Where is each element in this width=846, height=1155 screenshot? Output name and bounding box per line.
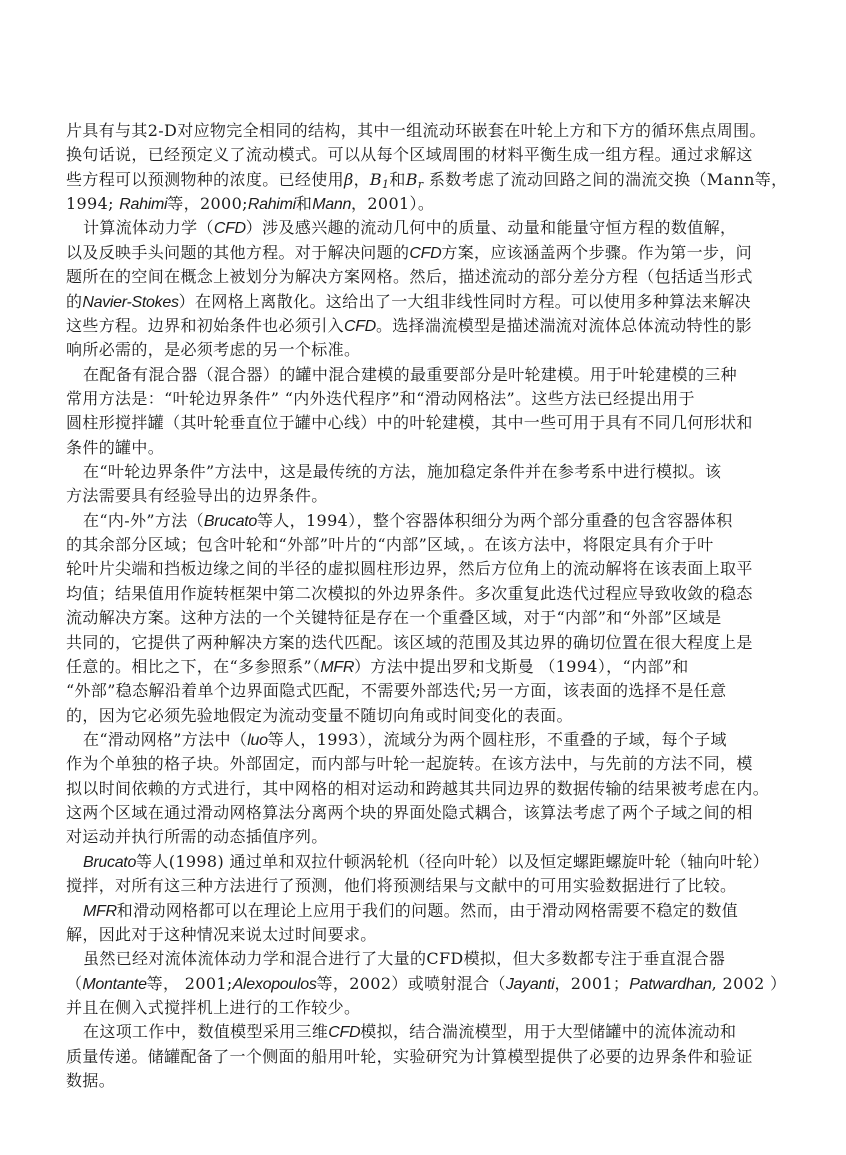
text-line: 在配备有混合器（混合器）的罐中混合建模的最重要部分是叶轮建模。用于叶轮建模的三种 (66, 363, 826, 387)
text-run: 在“滑动网格”方法中（ (83, 730, 247, 749)
italic-term: CFD (214, 220, 246, 237)
text-line: 这两个区域在通过滑动网格算法分离两个块的界面处隐式耦合，该算法考虑了两个子域之间… (66, 801, 826, 825)
text-run: 均值；结果值用作旋转框架中第二次模拟的外边界条件。多次重复此迭代过程应导致收敛的… (66, 584, 753, 603)
text-run: 共同的，它提供了两种解决方案的迭代匹配。该区域的范围及其边界的确切位置在很大程度… (66, 633, 753, 652)
text-run: 条件的罐中。 (66, 438, 164, 457)
document-body: 片具有与其2-D对应物完全相同的结构，其中一组流动环嵌套在叶轮上方和下方的循环焦… (66, 119, 826, 1093)
text-line: 条件的罐中。 (66, 436, 826, 460)
text-run: 方案，应该涵盖两个步骤。作为第一步，问 (441, 243, 752, 262)
text-run: ， (354, 170, 370, 189)
text-line: 些方程可以预测物种的浓度。已经使用β，B1和Br 系数考虑了流动回路之间的湍流交… (66, 168, 826, 192)
text-run: 等人(1998) 通过单和双拉什顿涡轮机（径向叶轮）以及恒定螺距螺旋叶轮（轴向叶… (136, 852, 769, 871)
text-run: ，2001）。 (351, 194, 434, 213)
text-line: 常用方法是：“叶轮边界条件” “内外迭代程序”和“滑动网格法”。这些方法已经提出… (66, 387, 826, 411)
italic-term: Patwardhan (629, 976, 711, 993)
text-line: 响所必需的，是必须考虑的另一个标准。 (66, 338, 826, 362)
paragraph-p9: 虽然已经对流体流体动力学和混合进行了大量的CFD模拟，但大多数都专注于垂直混合器… (66, 947, 826, 1020)
italic-term: CFD (409, 245, 441, 262)
text-run: 1994; (66, 194, 119, 213)
text-line: 计算流体动力学（CFD）涉及感兴趣的流动几何中的质量、动量和能量守恒方程的数值解… (66, 216, 826, 240)
text-run: 和滑动网格都可以在理论上应用于我们的问题。然而，由于滑动网格需要不稳定的数值 (117, 901, 738, 920)
text-line: 1994; Rahimi等，2000;Rahimi和Mann，2001）。 (66, 192, 826, 216)
text-line: 在“内-外”方法（Brucato等人，1994），整个容器体积细分为两个部分重叠… (66, 509, 826, 533)
paragraph-p5: 在“内-外”方法（Brucato等人，1994），整个容器体积细分为两个部分重叠… (66, 509, 826, 728)
text-run: “外部”稳态解沿着单个边界面隐式匹配，不需要外部迭代;另一方面，该表面的选择不是… (66, 681, 726, 700)
italic-term: CFD (344, 318, 376, 335)
text-line: 的其余部分区域；包含叶轮和“外部”叶片的“内部”区域，。在该方法中，将限定具有介… (66, 533, 826, 557)
paragraph-p6: 在“滑动网格”方法中（luo等人，1993），流域分为两个圆柱形，不重叠的子域，… (66, 728, 826, 850)
text-run: 常用方法是：“叶轮边界条件” “内外迭代程序”和“滑动网格法”。这些方法已经提出… (66, 389, 695, 408)
text-line: 圆柱形搅拌罐（其叶轮垂直位于罐中心线）中的叶轮建模，其中一些可用于具有不同几何形… (66, 411, 826, 435)
text-run: 响所必需的，是必须考虑的另一个标准。 (66, 340, 360, 359)
text-run: 等人，1993），流域分为两个圆柱形，不重叠的子域，每个子域 (268, 730, 727, 749)
text-line: 的，因为它必须先验地假定为流动变量不随切向角或时间变化的表面。 (66, 704, 826, 728)
text-run: 在配备有混合器（混合器）的罐中混合建模的最重要部分是叶轮建模。用于叶轮建模的三种 (83, 365, 737, 384)
math-symbol: B (406, 170, 418, 189)
text-run: 在“叶轮边界条件”方法中，这是最传统的方法，施加稳定条件并在参考系中进行模拟。该 (83, 462, 721, 481)
text-line: 以及反映手头问题的其他方程。对于解决问题的CFD方案，应该涵盖两个步骤。作为第一… (66, 241, 826, 265)
text-run: 模拟，结合湍流模型，用于大型储罐中的流体流动和 (360, 1022, 736, 1041)
text-run: 方法需要具有经验导出的边界条件。 (66, 486, 328, 505)
italic-term: Jayanti (506, 976, 555, 993)
text-line: 共同的，它提供了两种解决方案的迭代匹配。该区域的范围及其边界的确切位置在很大程度… (66, 631, 826, 655)
italic-term: Montante (82, 976, 146, 993)
italic-term: Rahimi (248, 196, 296, 213)
text-line: 题所在的空间在概念上被划分为解决方案网格。然后，描述流动的部分差分方程（包括适当… (66, 265, 826, 289)
text-run: , 2002 ） (712, 974, 787, 993)
italic-term: Navier-Stokes (82, 294, 178, 311)
text-line: 流动解决方案。这种方法的一个关键特征是存在一个重叠区域，对于“内部”和“外部”区… (66, 606, 826, 630)
paragraph-p4: 在“叶轮边界条件”方法中，这是最传统的方法，施加稳定条件并在参考系中进行模拟。该… (66, 460, 826, 509)
text-run: 计算流体动力学（ (83, 218, 214, 237)
text-line: 虽然已经对流体流体动力学和混合进行了大量的CFD模拟，但大多数都专注于垂直混合器 (66, 947, 826, 971)
text-run: 数据。 (66, 1071, 115, 1090)
text-run: 。选择湍流模型是描述湍流对流体总体流动特性的影 (376, 316, 752, 335)
text-line: 片具有与其2-D对应物完全相同的结构，其中一组流动环嵌套在叶轮上方和下方的循环焦… (66, 119, 826, 143)
text-run: 轮叶片尖端和挡板边缘之间的半径的虚拟圆柱形边界，然后方位角上的流动解将在该表面上… (66, 559, 753, 578)
italic-term: Brucato (204, 513, 257, 530)
text-run: 这些方程。边界和初始条件也必须引入 (66, 316, 344, 335)
paragraph-p2: 计算流体动力学（CFD）涉及感兴趣的流动几何中的质量、动量和能量守恒方程的数值解… (66, 216, 826, 362)
text-run: ）方法中提出罗和戈斯曼 （1994），“内部”和 (354, 657, 689, 676)
italic-term: MFR (320, 659, 354, 676)
italic-term: luo (247, 732, 267, 749)
text-run: ）在网格上离散化。这给出了一大组非线性同时方程。可以使用多种算法来解决 (179, 292, 751, 311)
text-line: 任意的。相比之下，在“多参照系”（MFR）方法中提出罗和戈斯曼 （1994），“… (66, 655, 826, 679)
text-run: 圆柱形搅拌罐（其叶轮垂直位于罐中心线）中的叶轮建模，其中一些可用于具有不同几何形… (66, 413, 753, 432)
math-symbol: β (344, 170, 354, 189)
text-line: 对运动并执行所需的动态插值序列。 (66, 825, 826, 849)
text-line: 均值；结果值用作旋转框架中第二次模拟的外边界条件。多次重复此迭代过程应导致收敛的… (66, 582, 826, 606)
text-run: 流动解决方案。这种方法的一个关键特征是存在一个重叠区域，对于“内部”和“外部”区… (66, 608, 721, 627)
text-line: 换句话说，已经预定义了流动模式。可以从每个区域周围的材料平衡生成一组方程。通过求… (66, 143, 826, 167)
text-line: Brucato等人(1998) 通过单和双拉什顿涡轮机（径向叶轮）以及恒定螺距螺… (66, 850, 826, 874)
text-run: 任意的。相比之下，在“多参照系”（ (66, 657, 320, 676)
text-line: 并且在侧入式搅拌机上进行的工作较少。 (66, 996, 826, 1020)
text-run: 题所在的空间在概念上被划分为解决方案网格。然后，描述流动的部分差分方程（包括适当… (66, 267, 753, 286)
text-run: 的，因为它必须先验地假定为流动变量不随切向角或时间变化的表面。 (66, 706, 573, 725)
italic-term: CFD (328, 1024, 360, 1041)
paragraph-p1: 片具有与其2-D对应物完全相同的结构，其中一组流动环嵌套在叶轮上方和下方的循环焦… (66, 119, 826, 216)
text-line: 在“滑动网格”方法中（luo等人，1993），流域分为两个圆柱形，不重叠的子域，… (66, 728, 826, 752)
text-run: 等， 2001; (147, 974, 233, 993)
paragraph-p3: 在配备有混合器（混合器）的罐中混合建模的最重要部分是叶轮建模。用于叶轮建模的三种… (66, 363, 826, 460)
italic-term: Mann (312, 196, 351, 213)
text-run: 和 (389, 170, 405, 189)
text-run: 解，因此对于这种情况来说太过时间要求。 (66, 925, 377, 944)
text-line: 质量传递。储罐配备了一个侧面的船用叶轮，实验研究为计算模型提供了必要的边界条件和… (66, 1045, 826, 1069)
italic-term: Brucato (83, 854, 136, 871)
text-run: 搅拌，对所有这三种方法进行了预测，他们将预测结果与文献中的可用实验数据进行了比较… (66, 876, 736, 895)
text-line: 作为个单独的格子块。外部固定，而内部与叶轮一起旋转。在该方法中，与先前的方法不同… (66, 752, 826, 776)
paragraph-p8: MFR和滑动网格都可以在理论上应用于我们的问题。然而，由于滑动网格需要不稳定的数… (66, 899, 826, 948)
text-run: ）涉及感兴趣的流动几何中的质量、动量和能量守恒方程的数值解， (246, 218, 737, 237)
text-run: 些方程可以预测物种的浓度。已经使用 (66, 170, 344, 189)
text-line: 方法需要具有经验导出的边界条件。 (66, 484, 826, 508)
text-line: 在这项工作中，数值模型采用三维CFD模拟，结合湍流模型，用于大型储罐中的流体流动… (66, 1020, 826, 1044)
italic-term: Rahimi (119, 196, 167, 213)
text-run: ，2001； (554, 974, 629, 993)
text-run: 系数考虑了流动回路之间的湍流交换（Mann等， (423, 170, 787, 189)
text-line: （Montante等， 2001;Alexopoulos等，2002）或喷射混合… (66, 972, 826, 996)
text-run: 作为个单独的格子块。外部固定，而内部与叶轮一起旋转。在该方法中，与先前的方法不同… (66, 754, 753, 773)
text-line: 拟以时间依赖的方式进行，其中网格的相对运动和跨越其共同边界的数据传输的结果被考虑… (66, 777, 826, 801)
paragraph-p7: Brucato等人(1998) 通过单和双拉什顿涡轮机（径向叶轮）以及恒定螺距螺… (66, 850, 826, 899)
text-run: 在这项工作中，数值模型采用三维 (83, 1022, 328, 1041)
text-line: 搅拌，对所有这三种方法进行了预测，他们将预测结果与文献中的可用实验数据进行了比较… (66, 874, 826, 898)
text-run: 虽然已经对流体流体动力学和混合进行了大量的CFD模拟，但大多数都专注于垂直混合器 (83, 949, 725, 968)
text-run: 和 (296, 194, 312, 213)
text-line: 这些方程。边界和初始条件也必须引入CFD。选择湍流模型是描述湍流对流体总体流动特… (66, 314, 826, 338)
text-line: 轮叶片尖端和挡板边缘之间的半径的虚拟圆柱形边界，然后方位角上的流动解将在该表面上… (66, 557, 826, 581)
italic-term: Alexopoulos (233, 976, 317, 993)
text-run: 这两个区域在通过滑动网格算法分离两个块的界面处隐式耦合，该算法考虑了两个子域之间… (66, 803, 753, 822)
paragraph-p10: 在这项工作中，数值模型采用三维CFD模拟，结合湍流模型，用于大型储罐中的流体流动… (66, 1020, 826, 1093)
text-run: 质量传递。储罐配备了一个侧面的船用叶轮，实验研究为计算模型提供了必要的边界条件和… (66, 1047, 753, 1066)
text-line: “外部”稳态解沿着单个边界面隐式匹配，不需要外部迭代;另一方面，该表面的选择不是… (66, 679, 826, 703)
text-run: 在“内-外”方法（ (83, 511, 204, 530)
text-run: 拟以时间依赖的方式进行，其中网格的相对运动和跨越其共同边界的数据传输的结果被考虑… (66, 779, 769, 798)
text-run: 等人，1994），整个容器体积细分为两个部分重叠的包含容器体积 (257, 511, 733, 530)
text-line: 解，因此对于这种情况来说太过时间要求。 (66, 923, 826, 947)
text-run: 并且在侧入式搅拌机上进行的工作较少。 (66, 998, 360, 1017)
text-line: MFR和滑动网格都可以在理论上应用于我们的问题。然而，由于滑动网格需要不稳定的数… (66, 899, 826, 923)
text-run: 对运动并执行所需的动态插值序列。 (66, 827, 328, 846)
text-run: 的 (66, 292, 82, 311)
text-run: 以及反映手头问题的其他方程。对于解决问题的 (66, 243, 409, 262)
document-page: 片具有与其2-D对应物完全相同的结构，其中一组流动环嵌套在叶轮上方和下方的循环焦… (0, 0, 846, 1155)
text-run: 等，2002）或喷射混合（ (317, 974, 506, 993)
text-line: 的Navier-Stokes）在网格上离散化。这给出了一大组非线性同时方程。可以… (66, 290, 826, 314)
math-symbol: B (370, 170, 382, 189)
text-run: 片具有与其2-D对应物完全相同的结构，其中一组流动环嵌套在叶轮上方和下方的循环焦… (66, 121, 766, 140)
text-run: 换句话说，已经预定义了流动模式。可以从每个区域周围的材料平衡生成一组方程。通过求… (66, 145, 753, 164)
text-run: 的其余部分区域；包含叶轮和“外部”叶片的“内部”区域，。在该方法中，将限定具有介… (66, 535, 713, 554)
italic-term: MFR (83, 903, 117, 920)
text-run: 等，2000; (167, 194, 248, 213)
text-run: （ (66, 974, 82, 993)
text-line: 数据。 (66, 1069, 826, 1093)
text-line: 在“叶轮边界条件”方法中，这是最传统的方法，施加稳定条件并在参考系中进行模拟。该 (66, 460, 826, 484)
